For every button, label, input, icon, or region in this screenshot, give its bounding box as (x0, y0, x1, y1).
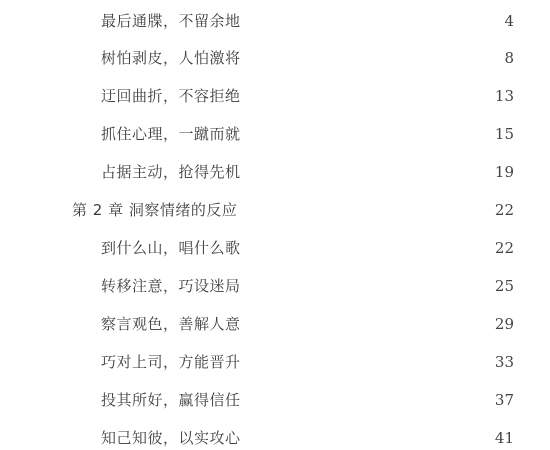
toc-page-number: 29 (495, 312, 514, 336)
toc-page-number: 25 (495, 274, 514, 298)
toc-entry-title: 最后通牒，不留余地 (101, 9, 241, 33)
toc-entry-section[interactable]: 占据主动，抢得先机 19 (101, 160, 514, 184)
toc-page-number: 41 (495, 426, 514, 450)
toc-entry-title: 转移注意，巧设迷局 (101, 274, 241, 298)
toc-page-number: 8 (502, 46, 514, 70)
toc-page-number: 22 (495, 236, 514, 260)
toc-entry-title: 巧对上司，方能晋升 (101, 350, 241, 374)
dot-leader (245, 46, 496, 70)
toc-entry-section[interactable]: 巧对上司，方能晋升 33 (101, 350, 514, 374)
toc-entry-section[interactable]: 树怕剥皮，人怕激将 8 (101, 46, 514, 70)
dot-leader (245, 236, 489, 260)
toc-page-number: 15 (495, 122, 514, 146)
dot-leader (245, 388, 489, 412)
toc-entry-section[interactable]: 最后通牒，不留余地 4 (101, 9, 514, 33)
toc-entry-title: 到什么山，唱什么歌 (101, 236, 241, 260)
dot-leader (245, 9, 496, 33)
toc-entry-section[interactable]: 转移注意，巧设迷局 25 (101, 274, 514, 298)
toc-entry-title: 迂回曲折，不容拒绝 (101, 84, 241, 108)
dot-leader (245, 312, 489, 336)
toc-entry-section[interactable]: 到什么山，唱什么歌 22 (101, 236, 514, 260)
toc-entry-title: 树怕剥皮，人怕激将 (101, 46, 241, 70)
dot-leader (245, 84, 489, 108)
toc-entry-title: 投其所好，赢得信任 (101, 388, 241, 412)
dot-leader (245, 426, 489, 450)
toc-entry-section[interactable]: 迂回曲折，不容拒绝 13 (101, 84, 514, 108)
toc-entry-title: 知己知彼，以实攻心 (101, 426, 241, 450)
toc-entry-section[interactable]: 察言观色，善解人意 29 (101, 312, 514, 336)
dot-leader (245, 122, 489, 146)
toc-entry-title: 占据主动，抢得先机 (101, 160, 241, 184)
toc-page-number: 4 (502, 9, 514, 33)
toc-entry-section[interactable]: 抓住心理，一蹴而就 15 (101, 122, 514, 146)
toc-chapter-title: 第 2 章 洞察情绪的反应 (72, 198, 237, 222)
toc-page-number: 19 (495, 160, 514, 184)
toc-entry-section[interactable]: 知己知彼，以实攻心 41 (101, 426, 514, 450)
toc-page-number: 37 (495, 388, 514, 412)
dot-leader (245, 274, 489, 298)
dot-leader (245, 350, 489, 374)
toc-entry-chapter[interactable]: 第 2 章 洞察情绪的反应 22 (72, 198, 514, 222)
toc-page-number: 13 (495, 84, 514, 108)
toc-page-number: 22 (495, 198, 514, 222)
toc-entry-section[interactable]: 投其所好，赢得信任 37 (101, 388, 514, 412)
toc-entry-title: 察言观色，善解人意 (101, 312, 241, 336)
toc-page-number: 33 (495, 350, 514, 374)
dot-leader (245, 160, 489, 184)
dot-leader (241, 198, 492, 222)
toc-entry-title: 抓住心理，一蹴而就 (101, 122, 241, 146)
